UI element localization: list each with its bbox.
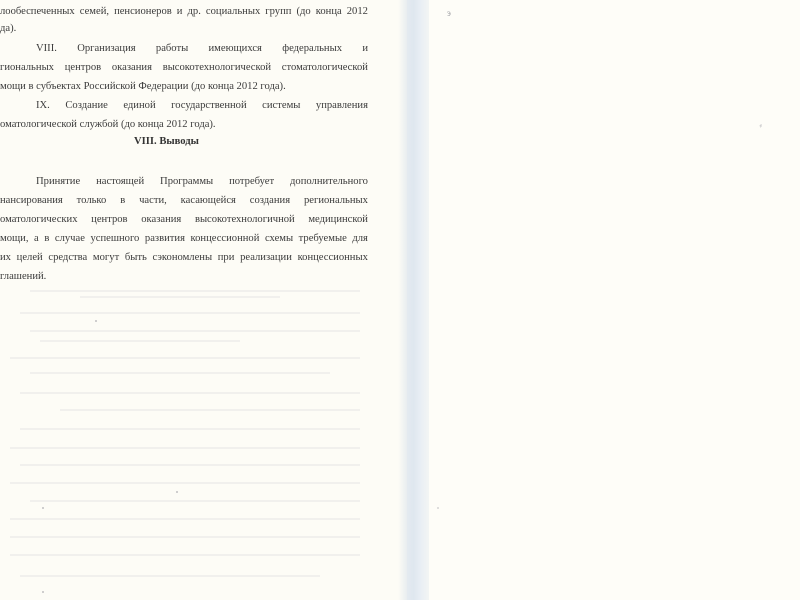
word: настоящей — [96, 175, 144, 189]
word: федеральных — [282, 42, 342, 56]
word: создания — [250, 194, 290, 208]
word: при — [218, 251, 235, 265]
bleed-through-line — [30, 500, 360, 502]
bleed-through-line — [20, 575, 320, 577]
section-heading: VIII. Выводы — [134, 136, 199, 147]
word: мощи, — [0, 232, 28, 246]
word: (до — [296, 5, 310, 19]
word: пенсионеров — [114, 5, 172, 19]
scan-speck — [437, 507, 439, 509]
word: только — [77, 194, 107, 208]
word: региональных — [304, 194, 368, 208]
word: центров — [65, 61, 101, 75]
word: реализации — [240, 251, 292, 265]
bleed-through-line — [20, 464, 360, 466]
word: средства — [48, 251, 87, 265]
text-line: глашений. — [0, 270, 368, 284]
word: Принятие — [36, 175, 80, 189]
text-line: да). — [0, 22, 368, 36]
bleed-through-line — [40, 340, 240, 342]
bleed-through-line — [20, 428, 360, 430]
bleed-through-line — [80, 296, 280, 298]
word: оматологических — [0, 213, 78, 227]
word: в — [44, 232, 49, 246]
word: др. — [188, 5, 201, 19]
bleed-through-line — [20, 312, 360, 314]
word: оказания — [141, 213, 181, 227]
word: и — [362, 42, 368, 56]
word: в — [120, 194, 125, 208]
word: системы — [262, 99, 300, 113]
word: схемы — [265, 232, 293, 246]
word: стоматологической — [282, 61, 368, 75]
book-spine — [407, 0, 429, 600]
text-line: VIII.Организацияработыимеющихсяфедеральн… — [36, 42, 368, 56]
left-page: лообеспеченныхсемей,пенсионеровидр.социа… — [0, 0, 410, 600]
word: Организация — [77, 42, 135, 56]
line-text: мощи в субъектах Российской Федерации (д… — [0, 81, 286, 92]
word: VIII. — [36, 42, 57, 56]
word: части, — [139, 194, 167, 208]
word: успешного — [90, 232, 139, 246]
right-page: э ⸗ — [429, 0, 800, 600]
word: медицинской — [308, 213, 368, 227]
word: развития — [145, 232, 185, 246]
scan-speck — [95, 320, 97, 322]
word: семей, — [80, 5, 109, 19]
word: центров — [91, 213, 127, 227]
word: их — [0, 251, 11, 265]
word: случае — [55, 232, 85, 246]
word: оказания — [112, 61, 152, 75]
scan-speck — [42, 591, 44, 593]
word: IX. — [36, 99, 50, 113]
word: лообеспеченных — [0, 5, 75, 19]
word: единой — [123, 99, 155, 113]
word: конца — [316, 5, 342, 19]
text-line: оматологической службой (до конца 2012 г… — [0, 118, 368, 132]
word: работы — [156, 42, 188, 56]
text-line: ихцелейсредствамогутбытьсэкономленыприре… — [0, 251, 368, 265]
word: касающейся — [181, 194, 236, 208]
word: требуемые — [299, 232, 347, 246]
bleed-through-line — [10, 482, 360, 484]
word: 2012 — [347, 5, 368, 19]
word: дополнительного — [290, 175, 368, 189]
word: гиональных — [0, 61, 54, 75]
scan-speck — [42, 507, 44, 509]
page-mark: ⸗ — [757, 120, 763, 130]
word: нансирования — [0, 194, 63, 208]
word: концессионных — [298, 251, 368, 265]
word: потребует — [229, 175, 274, 189]
bleed-through-line — [10, 518, 360, 520]
word: имеющихся — [209, 42, 262, 56]
word: государственной — [171, 99, 247, 113]
word: сэкономлены — [153, 251, 213, 265]
word: Программы — [160, 175, 213, 189]
bleed-through-line — [10, 447, 360, 449]
word: Создание — [65, 99, 108, 113]
text-line: гиональныхцентровоказаниявысокотехнологи… — [0, 61, 368, 75]
word: концессионной — [191, 232, 260, 246]
word: высокотехнологической — [163, 61, 271, 75]
line-text: глашений. — [0, 271, 46, 282]
bleed-through-line — [60, 409, 360, 411]
scan-speck — [176, 491, 178, 493]
line-text: оматологической службой (до конца 2012 г… — [0, 119, 216, 130]
bleed-through-line — [30, 372, 330, 374]
text-line: оматологическихцентровоказаниявысокотехн… — [0, 213, 368, 227]
text-line: мощи,авслучаеуспешногоразвитияконцессион… — [0, 232, 368, 246]
document-spread: лообеспеченныхсемей,пенсионеровидр.социа… — [0, 0, 800, 600]
text-line: мощи в субъектах Российской Федерации (д… — [0, 80, 368, 94]
bleed-through-line — [30, 330, 360, 332]
word: групп — [265, 5, 291, 19]
text-line: лообеспеченныхсемей,пенсионеровидр.социа… — [0, 5, 368, 19]
word: целей — [17, 251, 43, 265]
page-mark: э — [447, 8, 451, 18]
word: могут — [93, 251, 119, 265]
text-line: нансированиятольковчасти,касающейсясозда… — [0, 194, 368, 208]
text-line: IX.Созданиеединойгосударственнойсистемыу… — [36, 99, 368, 113]
word: высокотехнологичной — [195, 213, 295, 227]
bleed-through-line — [10, 357, 360, 359]
word: быть — [125, 251, 147, 265]
bleed-through-line — [20, 392, 360, 394]
bleed-through-line — [30, 290, 360, 292]
word: управления — [316, 99, 368, 113]
word: социальных — [206, 5, 260, 19]
bleed-through-line — [10, 554, 360, 556]
word: а — [34, 232, 39, 246]
word: для — [352, 232, 368, 246]
bleed-through-line — [10, 536, 360, 538]
text-line: ПринятиенастоящейПрограммыпотребуетдопол… — [36, 175, 368, 189]
word: и — [177, 5, 183, 19]
line-text: да). — [0, 23, 16, 34]
